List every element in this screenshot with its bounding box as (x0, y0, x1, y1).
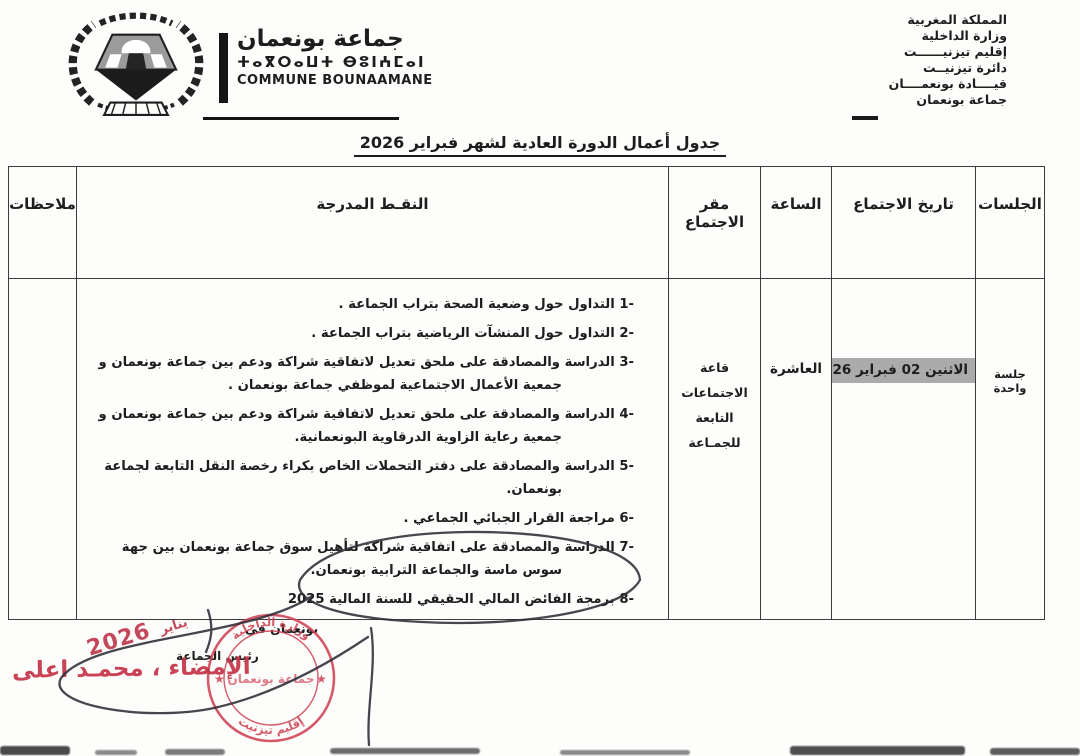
gov-line-district: دائرة تيزنيــت (845, 60, 1007, 76)
agenda-point: 4- الدراسة والمصادقة على ملحق تعديل لاتف… (83, 403, 658, 449)
point-number: 7- (619, 540, 634, 555)
gov-line-caidat: قيــــادة بونعمــــان (845, 76, 1007, 92)
gov-line-kingdom: المملكة المغربية (845, 12, 1007, 28)
scan-mark (852, 116, 878, 120)
document-title: جدول أعمال الدورة العادية لشهر فبراير 20… (0, 133, 1080, 152)
commune-name-arabic: جماعة بونعمان (237, 26, 467, 52)
agenda-point: 6- مراجعة القرار الجبائي الجماعي . (83, 507, 658, 530)
scan-artifact (0, 746, 70, 755)
venue-line-1: قاعة الاجتماعات (669, 355, 760, 405)
cell-time: العاشرة (760, 279, 831, 619)
logo-text-block: جماعة بونعمان ⵜⴰⴳⵔⴰⵡⵜ ⴱⵓⵏⵄⵎⴰⵏ COMMUNE BO… (237, 26, 467, 89)
scan-artifact (560, 750, 690, 755)
point-number: 5- (619, 459, 634, 474)
point-number: 2- (619, 326, 634, 341)
agenda-points-list: 1- التداول حول وضعية الصحة بتراب الجماعة… (76, 279, 668, 619)
commune-name-french: COMMUNE BOUNAAMANE (237, 72, 467, 89)
logo-underline (203, 117, 399, 120)
header-sessions: الجلسات (975, 167, 1044, 279)
point-text: التداول حول وضعية الصحة بتراب الجماعة . (339, 297, 620, 312)
scan-artifact (790, 746, 965, 755)
point-text: الدراسة والمصادقة على دفتر التحملات الخا… (104, 459, 619, 497)
venue-line-2: التابعة للجمـاعة (669, 405, 760, 455)
scan-artifact (330, 748, 480, 754)
header-points: النقـط المدرجة (76, 167, 668, 279)
scan-artifact (95, 750, 137, 755)
agenda-point: 2- التداول حول المنشآت الرياضية بتراب ال… (83, 322, 658, 345)
point-number: 4- (619, 407, 634, 422)
agenda-point: 1- التداول حول وضعية الصحة بتراب الجماعة… (83, 293, 658, 316)
point-text: الدراسة والمصادقة على ملحق تعديل لاتفاقي… (99, 355, 620, 393)
stamp-rim-top-text: وزارة الداخلية (228, 615, 314, 643)
government-header: المملكة المغربية وزارة الداخلية إقليم تي… (845, 12, 1007, 108)
scanned-document-page: جماعة بونعمان ⵜⴰⴳⵔⴰⵡⵜ ⴱⵓⵏⵄⵎⴰⵏ COMMUNE BO… (0, 0, 1080, 756)
point-text: برمجة الفائض المالي الحقيقي للسنة المالي… (288, 592, 620, 607)
scan-artifact (165, 749, 225, 755)
header-date: تاريخ الاجتماع (831, 167, 975, 279)
point-number: 6- (619, 511, 634, 526)
agenda-point: 5- الدراسة والمصادقة على دفتر التحملات ا… (83, 455, 658, 501)
gov-line-province: إقليم تيزنيــــــت (845, 44, 1007, 60)
agenda-point: 8- برمجة الفائض المالي الحقيقي للسنة الم… (83, 588, 658, 611)
point-number: 1- (619, 297, 634, 312)
commune-emblem-icon (58, 10, 214, 118)
header-notes: ملاحظات (9, 167, 76, 279)
header-venue: مقر الاجتماع (668, 167, 760, 279)
cell-sessions: جلسة واحدة (975, 279, 1044, 619)
logo-divider-bar (219, 33, 228, 103)
header-time: الساعة (760, 167, 831, 279)
point-number: 3- (619, 355, 634, 370)
point-text: الدراسة والمصادقة على اتفاقية شراكة لتأه… (122, 540, 620, 578)
agenda-point: 3- الدراسة والمصادقة على ملحق تعديل لاتف… (83, 351, 658, 397)
scan-artifact (990, 748, 1080, 755)
cell-venue: قاعة الاجتماعات التابعة للجمـاعة (668, 279, 760, 619)
gov-line-commune: جماعة بونعمان (845, 92, 1007, 108)
cell-date: الاثنين 02 فبراير 2026 (831, 279, 975, 619)
cell-notes (9, 279, 76, 619)
commune-name-tifinagh: ⵜⴰⴳⵔⴰⵡⵜ ⴱⵓⵏⵄⵎⴰⵏ (237, 52, 467, 72)
svg-text:وزارة الداخلية: وزارة الداخلية (228, 615, 314, 643)
highlighted-meeting-date: الاثنين 02 فبراير 2026 (831, 358, 975, 383)
agenda-table: الجلسات تاريخ الاجتماع الساعة مقر الاجتم… (8, 166, 1045, 620)
point-number: 8- (619, 592, 634, 607)
agenda-point: 7- الدراسة والمصادقة على اتفاقية شراكة ل… (83, 536, 658, 582)
gov-line-ministry: وزارة الداخلية (845, 28, 1007, 44)
point-text: التداول حول المنشآت الرياضية بتراب الجما… (311, 326, 619, 341)
point-text: مراجعة القرار الجبائي الجماعي . (404, 511, 620, 526)
stamp-rim-bottom-text: إقليم تيزنيت (236, 714, 306, 737)
point-text: الدراسة والمصادقة على ملحق تعديل لاتفاقي… (99, 407, 620, 445)
date-stamp-month: يناير (158, 615, 189, 638)
svg-text:إقليم تيزنيت: إقليم تيزنيت (236, 714, 306, 737)
